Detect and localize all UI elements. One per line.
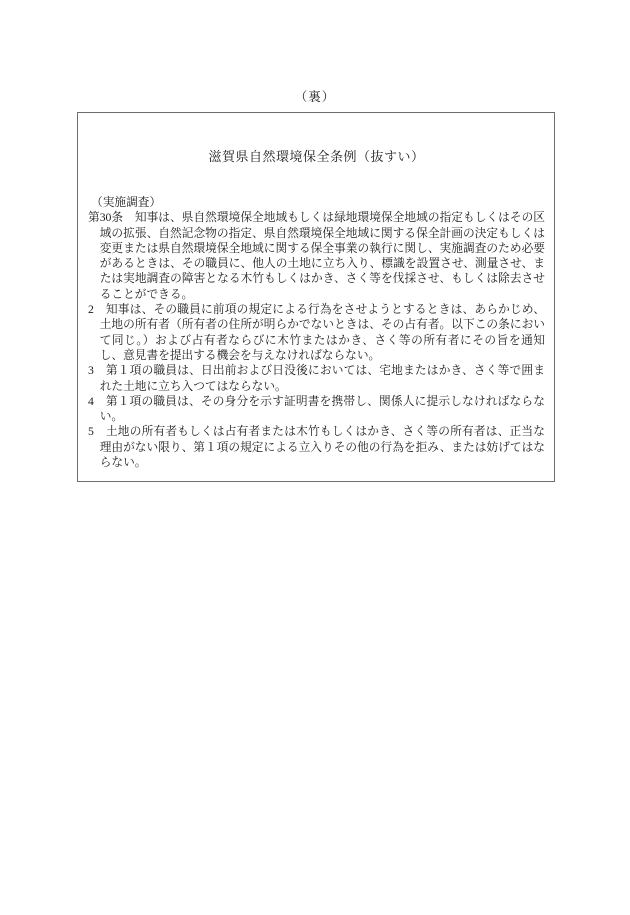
article-30-paragraph-4: 4 第１項の職員は、その身分を示す証明書を携帯し、関係人に提示しなければならない… [88,394,545,425]
article-30-paragraph-5: 5 土地の所有者もしくは占有者または木竹もしくはかき、さく等の所有者は、正当な理… [88,424,545,470]
article-30-paragraph-2: 2 知事は、その職員に前項の規定による行為をさせようとするときは、あらかじめ、土… [88,302,545,363]
ordinance-text-box: 滋賀県自然環境保全条例（抜すい） （実施調査） 第30条 知事は、県自然環境保全… [77,112,555,482]
document-title: 滋賀県自然環境保全条例（抜すい） [88,149,545,164]
document-page: （裏） 滋賀県自然環境保全条例（抜すい） （実施調査） 第30条 知事は、県自然… [0,0,630,915]
article-30-paragraph-1: 第30条 知事は、県自然環境保全地域もしくは緑地環境保全地域の指定もしくはその区… [88,210,545,302]
section-heading: （実施調査） [88,195,545,210]
page-side-label: （裏） [0,0,630,105]
article-30-paragraph-3: 3 第１項の職員は、日出前および日没後においては、宅地またはかき、さく等で囲まれ… [88,363,545,394]
